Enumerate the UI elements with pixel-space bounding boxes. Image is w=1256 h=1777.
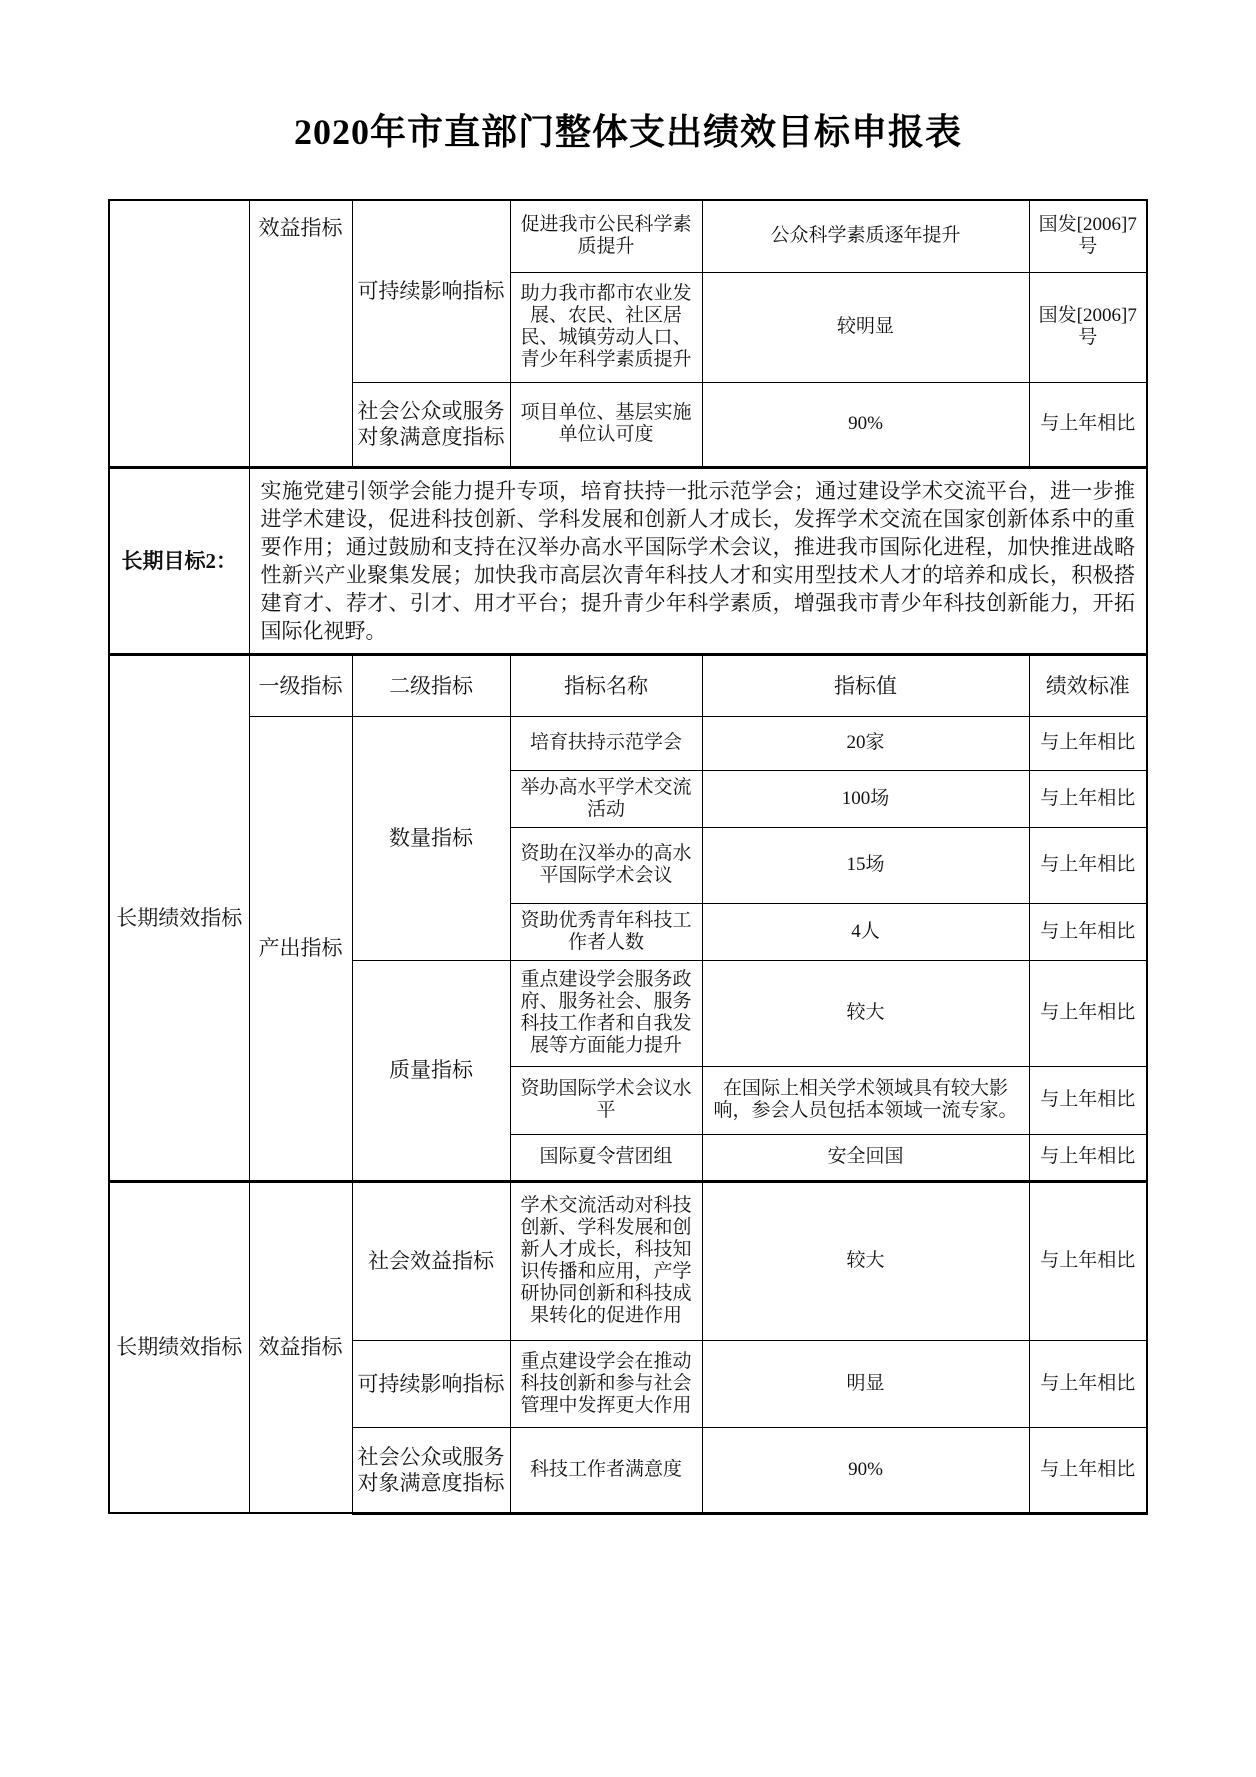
indicator-value-cell: 公众科学素质逐年提升 [702,200,1029,272]
performance-standard-cell: 与上年相比 [1029,1340,1147,1427]
row-label-sustainable-impact: 可持续影响指标 [352,200,510,382]
row-label-public-satisfaction: 社会公众或服务对象满意度指标 [352,382,510,467]
indicator-value-cell: 安全回国 [702,1134,1029,1181]
long-term-goal-text: 实施党建引领学会能力提升专项，培育扶持一批示范学会；通过建设学术交流平台，进一步… [249,467,1147,654]
page-title: 2020年市直部门整体支出绩效目标申报表 [0,0,1256,155]
indicator-value-cell: 较明显 [702,272,1029,382]
column-header-standard: 绩效标准 [1029,654,1147,716]
performance-standard-cell: 与上年相比 [1029,1427,1147,1513]
empty-section-cell [109,200,249,467]
row-label-quantity-indicator: 数量指标 [352,716,510,960]
indicator-name-cell: 举办高水平学术交流活动 [510,770,702,827]
column-header-name: 指标名称 [510,654,702,716]
long-term-goal-row: 长期目标2： 实施党建引领学会能力提升专项，培育扶持一批示范学会；通过建设学术交… [109,467,1147,654]
performance-standard-cell: 与上年相比 [1029,960,1147,1066]
indicator-name-cell: 重点建设学会服务政府、服务社会、服务科技工作者和自我发展等方面能力提升 [510,960,702,1066]
indicator-name-cell: 国际夏令营团组 [510,1134,702,1181]
indicator-name-cell: 重点建设学会在推动科技创新和参与社会管理中发挥更大作用 [510,1340,702,1427]
table-header-row: 长期绩效指标 一级指标 二级指标 指标名称 指标值 绩效标准 [109,654,1147,716]
indicator-name-cell: 培育扶持示范学会 [510,716,702,770]
performance-standard-cell: 与上年相比 [1029,716,1147,770]
indicator-value-cell: 较大 [702,1181,1029,1340]
performance-standard-cell: 国发[2006]7号 [1029,200,1147,272]
indicator-name-cell: 促进我市公民科学素质提升 [510,200,702,272]
row-label-social-benefit: 社会效益指标 [352,1181,510,1340]
indicator-value-cell: 明显 [702,1340,1029,1427]
performance-standard-cell: 与上年相比 [1029,770,1147,827]
indicator-value-cell: 100场 [702,770,1029,827]
row-label-benefit-indicator: 效益指标 [249,1181,352,1513]
indicator-value-cell: 较大 [702,960,1029,1066]
indicator-value-cell: 20家 [702,716,1029,770]
indicator-name-cell: 学术交流活动对科技创新、学科发展和创新人才成长，科技知识传播和应用，产学研协同创… [510,1181,702,1340]
table-row: 效益指标 可持续影响指标 促进我市公民科学素质提升 公众科学素质逐年提升 国发[… [109,200,1147,272]
row-label-longterm-performance: 长期绩效指标 [109,1181,249,1513]
indicator-value-cell: 4人 [702,903,1029,960]
column-header-level1: 一级指标 [249,654,352,716]
table-row: 长期绩效指标 效益指标 社会效益指标 学术交流活动对科技创新、学科发展和创新人才… [109,1181,1147,1340]
table-row: 产出指标 数量指标 培育扶持示范学会 20家 与上年相比 [109,716,1147,770]
performance-standard-cell: 与上年相比 [1029,903,1147,960]
row-label-longterm-performance: 长期绩效指标 [109,654,249,1181]
performance-target-table: 效益指标 可持续影响指标 促进我市公民科学素质提升 公众科学素质逐年提升 国发[… [108,199,1148,1515]
indicator-name-cell: 资助国际学术会议水平 [510,1066,702,1134]
performance-standard-cell: 与上年相比 [1029,1181,1147,1340]
row-label-quality-indicator: 质量指标 [352,960,510,1181]
indicator-name-cell: 科技工作者满意度 [510,1427,702,1513]
indicator-value-cell: 90% [702,1427,1029,1513]
indicator-value-cell: 15场 [702,827,1029,903]
long-term-goal-label: 长期目标2： [109,467,249,654]
column-header-level2: 二级指标 [352,654,510,716]
document-page: 2020年市直部门整体支出绩效目标申报表 效益指标 可持续影响指标 促进我市公民… [0,0,1256,1777]
row-label-benefit-indicator: 效益指标 [249,200,352,467]
indicator-name-cell: 资助在汉举办的高水平国际学术会议 [510,827,702,903]
column-header-value: 指标值 [702,654,1029,716]
performance-standard-cell: 与上年相比 [1029,827,1147,903]
performance-standard-cell: 与上年相比 [1029,382,1147,467]
performance-standard-cell: 国发[2006]7号 [1029,272,1147,382]
indicator-value-cell: 90% [702,382,1029,467]
indicator-name-cell: 助力我市都市农业发展、农民、社区居民、城镇劳动人口、青少年科学素质提升 [510,272,702,382]
row-label-output-indicator: 产出指标 [249,716,352,1181]
indicator-value-cell: 在国际上相关学术领域具有较大影响，参会人员包括本领域一流专家。 [702,1066,1029,1134]
row-label-sustainable-impact: 可持续影响指标 [352,1340,510,1427]
indicator-name-cell: 项目单位、基层实施单位认可度 [510,382,702,467]
row-label-public-satisfaction: 社会公众或服务对象满意度指标 [352,1427,510,1513]
performance-standard-cell: 与上年相比 [1029,1066,1147,1134]
indicator-name-cell: 资助优秀青年科技工作者人数 [510,903,702,960]
performance-standard-cell: 与上年相比 [1029,1134,1147,1181]
